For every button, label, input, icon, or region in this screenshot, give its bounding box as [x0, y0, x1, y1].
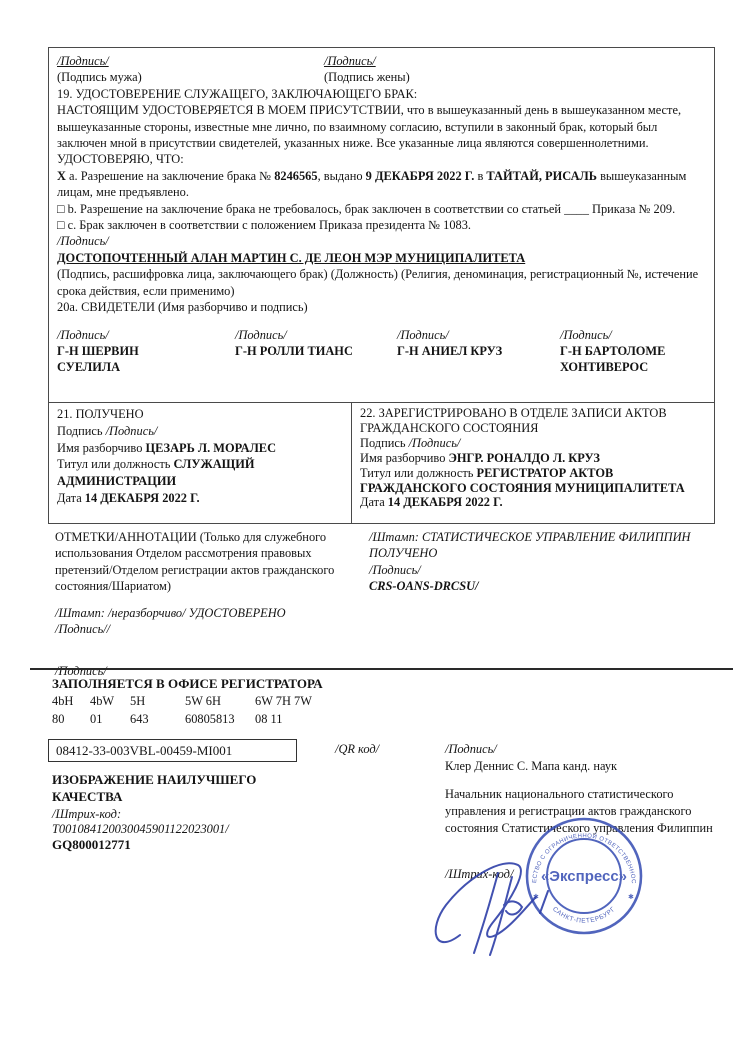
license-place: ТАЙТАЙ, РИСАЛЬ — [486, 169, 597, 183]
received-date: 14 ДЕКАБРЯ 2022 Г. — [85, 491, 200, 505]
witness-1: /Подпись/ Г-Н ШЕРВИН СУЕЛИЛА — [57, 327, 235, 376]
received-date-line: Дата 14 ДЕКАБРЯ 2022 Г. — [57, 490, 343, 507]
code-value-0811: 08 11 — [255, 711, 365, 727]
marriage-certificate-page: /Подпись/ (Подпись мужа) /Подпись/ (Подп… — [0, 0, 750, 1060]
annotations-right-column: /Штамп: СТАТИСТИЧЕСКОЕ УПРАВЛЕНИЕ ФИЛИПП… — [369, 529, 699, 680]
wife-signature-placeholder: /Подпись/ — [324, 53, 410, 69]
annotations-section: ОТМЕТКИ/АННОТАЦИИ (Только для служебного… — [55, 529, 717, 680]
witnesses-heading: 20a. СВИДЕТЕЛИ (Имя разборчиво и подпись… — [57, 299, 706, 315]
license-date: 9 ДЕКАБРЯ 2022 Г. — [366, 169, 475, 183]
handwritten-signature — [426, 843, 601, 961]
psa-stamp-note: /Штамп: СТАТИСТИЧЕСКОЕ УПРАВЛЕНИЕ ФИЛИПП… — [369, 529, 699, 545]
received-title-label: Титул или должность — [57, 457, 174, 471]
item-a-text2: , выдано — [318, 169, 366, 183]
registered-name: ЭНГР. РОНАЛДО Л. КРУЗ — [448, 451, 600, 465]
item-b-text: b. Разрешение на заключение брака не тре… — [64, 202, 675, 216]
registered-title-label: Титул или должность — [360, 466, 477, 480]
received-date-label: Дата — [57, 491, 85, 505]
registrar-office-heading: ЗАПОЛНЯЕТСЯ В ОФИСЕ РЕГИСТРАТОРА — [52, 676, 365, 692]
code-header-4bw: 4bW — [90, 693, 130, 709]
registrar-office-section: ЗАПОЛНЯЕТСЯ В ОФИСЕ РЕГИСТРАТОРА 4bH 4bW… — [52, 676, 365, 727]
psa-chief-name: Клер Деннис С. Мапа канд. наук — [445, 758, 617, 774]
received-signature-line: Подпись /Подпись/ — [57, 423, 343, 440]
witness-3-name: Г-Н АНИЕЛ КРУЗ — [397, 343, 529, 359]
codes-header-row: 4bH 4bW 5H 5W 6H 6W 7H 7W — [52, 693, 365, 709]
witness-4: /Подпись/ Г-Н БАРТОЛОМЕ ХОНТИВЕРОС — [560, 327, 700, 376]
license-item-a: X a. Разрешение на заключение брака № 82… — [57, 168, 706, 201]
witness-2: /Подпись/ Г-Н РОЛЛИ ТИАНС — [235, 327, 397, 376]
annotations-stamp-note: /Штамп: /неразборчиво/ УДОСТОВЕРЕНО — [55, 605, 363, 621]
registry-code-box: 08412-33-003VBL-00459-MI001 — [48, 739, 297, 762]
spouse-signature-row: /Подпись/ (Подпись мужа) /Подпись/ (Подп… — [57, 53, 706, 86]
psa-received-label: ПОЛУЧЕНО — [369, 545, 699, 561]
registered-name-line: Имя разборчиво ЭНГР. РОНАЛДО Л. КРУЗ — [360, 451, 706, 466]
wife-signature-block: /Подпись/ (Подпись жены) — [324, 53, 410, 86]
license-item-c: □ c. Брак заключен в соответствии с поло… — [57, 217, 706, 233]
registry-code: 08412-33-003VBL-00459-MI001 — [56, 743, 232, 758]
registered-sig-label: Подпись — [360, 436, 409, 450]
witness-3-signature-placeholder: /Подпись/ — [397, 327, 560, 343]
witness-1-name: Г-Н ШЕРВИН СУЕЛИЛА — [57, 343, 189, 376]
witness-3: /Подпись/ Г-Н АНИЕЛ КРУЗ — [397, 327, 560, 376]
received-name-line: Имя разборчиво ЦЕЗАРЬ Л. МОРАЛЕС — [57, 440, 343, 457]
received-section: 21. ПОЛУЧЕНО Подпись /Подпись/ Имя разбо… — [49, 403, 352, 523]
attest-line: УДОСТОВЕРЯЮ, ЧТО: — [57, 151, 706, 167]
received-signature-placeholder: /Подпись/ — [106, 424, 158, 438]
code-value-80: 80 — [52, 711, 90, 727]
code-header-6w7h7w: 6W 7H 7W — [255, 693, 365, 709]
barcode-label-left: /Штрих-код: — [52, 806, 121, 822]
registered-signature-placeholder: /Подпись/ — [409, 436, 461, 450]
item-a-text3: в — [474, 169, 486, 183]
code-value-643: 643 — [130, 711, 185, 727]
license-number: 8246565 — [274, 169, 317, 183]
witness-4-name: Г-Н БАРТОЛОМЕ ХОНТИВЕРОС — [560, 343, 692, 376]
section-divider-rule — [30, 668, 733, 670]
item-a-text1: a. Разрешение на заключение брака № — [66, 169, 274, 183]
witness-1-signature-placeholder: /Подпись/ — [57, 327, 235, 343]
annotations-signature-1: /Подпись// — [55, 621, 363, 637]
signature-stroke-5 — [540, 891, 548, 913]
best-quality-note: ИЗОБРАЖЕНИЕ НАИЛУЧШЕГО КАЧЕСТВА — [52, 771, 287, 805]
certificate-main-box: /Подпись/ (Подпись мужа) /Подпись/ (Подп… — [48, 47, 715, 524]
officiant-name: ДОСТОПОЧТЕННЫЙ АЛАН МАРТИН С. ДЕ ЛЕОН МЭ… — [57, 250, 706, 266]
item-c-text: c. Брак заключен в соответствии с положе… — [64, 218, 471, 232]
registered-name-label: Имя разборчиво — [360, 451, 448, 465]
registered-signature-line: Подпись /Подпись/ — [360, 436, 706, 451]
received-name: ЦЕЗАРЬ Л. МОРАЛЕС — [145, 441, 276, 455]
received-registered-row: 21. ПОЛУЧЕНО Подпись /Подпись/ Имя разбо… — [49, 402, 714, 523]
witness-4-signature-placeholder: /Подпись/ — [560, 327, 700, 343]
code-header-4bh: 4bH — [52, 693, 90, 709]
psa-signature-placeholder: /Подпись/ — [369, 562, 699, 578]
signature-stroke-1 — [436, 863, 536, 942]
annotations-left-column: ОТМЕТКИ/АННОТАЦИИ (Только для служебного… — [55, 529, 363, 680]
annotations-title: ОТМЕТКИ/АННОТАЦИИ (Только для служебного… — [55, 529, 363, 595]
registered-date-line: Дата 14 ДЕКАБРЯ 2022 Г. — [360, 495, 706, 510]
codes-values-row: 80 01 643 60805813 08 11 — [52, 711, 365, 727]
registered-date: 14 ДЕКАБРЯ 2022 Г. — [388, 495, 503, 509]
item-a-checkbox-icon: X — [57, 169, 66, 183]
witness-2-signature-placeholder: /Подпись/ — [235, 327, 397, 343]
received-name-label: Имя разборчиво — [57, 441, 145, 455]
psa-chief-signature-placeholder: /Подпись/ — [445, 741, 497, 757]
wife-signature-caption: (Подпись жены) — [324, 69, 410, 85]
registered-section: 22. ЗАРЕГИСТРИРОВАНО В ОТДЕЛЕ ЗАПИСИ АКТ… — [352, 403, 714, 523]
certification-body: НАСТОЯЩИМ УДОСТОВЕРЯЕТСЯ В МОЕМ ПРИСУТСТ… — [57, 102, 706, 151]
code-value-01: 01 — [90, 711, 130, 727]
code-header-5h: 5H — [130, 693, 185, 709]
received-sig-label: Подпись — [57, 424, 106, 438]
barcode-value: T001084120030045901122023001/ — [52, 821, 229, 837]
psa-code: CRS-OANS-DRCSU/ — [369, 578, 699, 594]
registered-title-line: Титул или должность РЕГИСТРАТОР АКТОВ ГР… — [360, 466, 706, 496]
code-header-5w6h: 5W 6H — [185, 693, 255, 709]
code-value-60805813: 60805813 — [185, 711, 255, 727]
registered-date-label: Дата — [360, 495, 388, 509]
stamp-separator-right-icon: ✱ — [628, 893, 634, 901]
officiant-caption: (Подпись, расшифровка лица, заключающего… — [57, 266, 706, 299]
license-item-b: □ b. Разрешение на заключение брака не т… — [57, 201, 706, 217]
certification-section: /Подпись/ (Подпись мужа) /Подпись/ (Подп… — [49, 48, 714, 407]
signature-stroke-4 — [504, 901, 522, 914]
gq-reference-code: GQ800012771 — [52, 837, 131, 853]
received-title-line: Титул или должность СЛУЖАЩИЙ АДМИНИСТРАЦ… — [57, 456, 343, 490]
registered-heading: 22. ЗАРЕГИСТРИРОВАНО В ОТДЕЛЕ ЗАПИСИ АКТ… — [360, 406, 706, 436]
qr-code-placeholder: /QR код/ — [335, 741, 379, 757]
section19-heading: 19. УДОСТОВЕРЕНИЕ СЛУЖАЩЕГО, ЗАКЛЮЧАЮЩЕГ… — [57, 86, 706, 102]
officiant-signature-placeholder: /Подпись/ — [57, 233, 706, 249]
received-heading: 21. ПОЛУЧЕНО — [57, 406, 343, 423]
witnesses-row: /Подпись/ Г-Н ШЕРВИН СУЕЛИЛА /Подпись/ Г… — [57, 327, 706, 376]
witness-2-name: Г-Н РОЛЛИ ТИАНС — [235, 343, 367, 359]
